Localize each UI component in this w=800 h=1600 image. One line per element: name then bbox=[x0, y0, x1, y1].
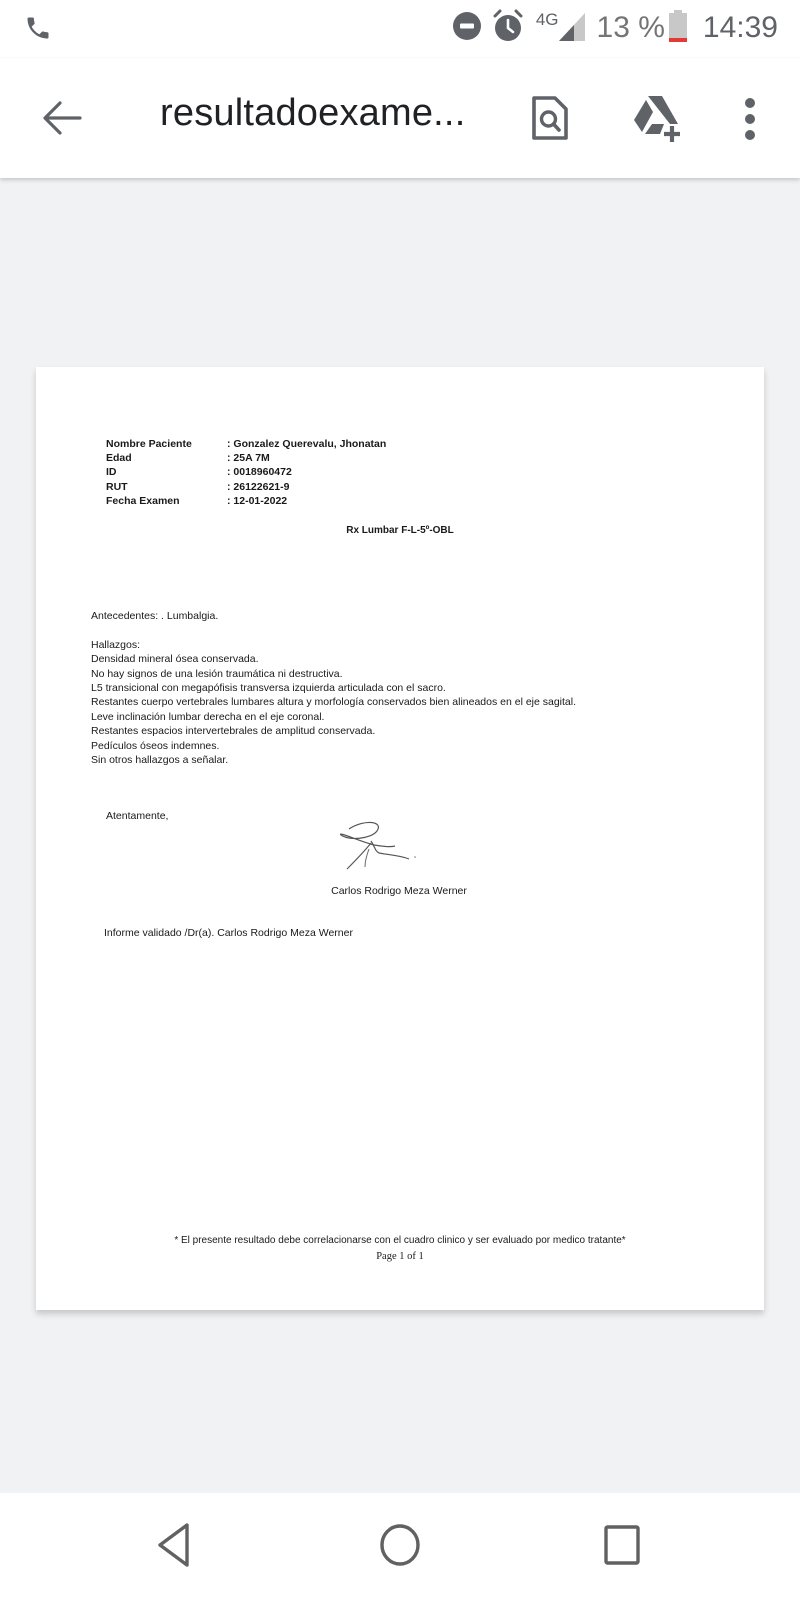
finding-line: Restantes espacios intervertebrales de a… bbox=[91, 724, 576, 738]
disclaimer: * El presente resultado debe correlacion… bbox=[36, 1235, 764, 1246]
patient-info-value: : 0018960472 bbox=[227, 465, 292, 479]
patient-info-label: ID bbox=[106, 465, 227, 479]
more-vert-icon bbox=[736, 129, 764, 146]
nav-back-icon bbox=[148, 1562, 208, 1579]
patient-info-row: Fecha Examen : 12-01-2022 bbox=[106, 494, 386, 508]
patient-info: Nombre Paciente : Gonzalez Querevalu, Jh… bbox=[106, 437, 386, 508]
spacer bbox=[91, 623, 576, 637]
phone-icon bbox=[24, 13, 52, 48]
patient-info-row: Edad : 25A 7M bbox=[106, 451, 386, 465]
patient-info-value: : Gonzalez Querevalu, Jhonatan bbox=[227, 437, 386, 451]
nav-home-icon bbox=[370, 1562, 430, 1579]
battery-icon bbox=[669, 10, 687, 47]
clock: 14:39 bbox=[703, 11, 778, 45]
page-count: Page 1 of 1 bbox=[36, 1251, 764, 1262]
nav-home-button[interactable] bbox=[370, 1515, 430, 1575]
signature-image bbox=[319, 819, 439, 879]
status-icons: 4G 13 % 14:39 bbox=[442, 8, 778, 48]
patient-info-label: RUT bbox=[106, 480, 227, 494]
hallazgos-heading: Hallazgos: bbox=[91, 638, 576, 652]
patient-info-value: : 26122621-9 bbox=[227, 480, 289, 494]
patient-info-label: Edad bbox=[106, 451, 227, 465]
patient-info-value: : 12-01-2022 bbox=[227, 494, 287, 508]
validated-by: Informe validado /Dr(a). Carlos Rodrigo … bbox=[104, 927, 353, 939]
finding-line: Leve inclinación lumbar derecha en el ej… bbox=[91, 710, 576, 724]
back-button[interactable] bbox=[40, 98, 84, 138]
add-to-drive-icon bbox=[630, 131, 686, 148]
battery-percent: 13 % bbox=[597, 11, 665, 45]
finding-line: Restantes cuerpo vertebrales lumbares al… bbox=[91, 695, 576, 709]
nav-back-button[interactable] bbox=[148, 1515, 208, 1575]
antecedentes: Antecedentes: . Lumbalgia. bbox=[91, 609, 576, 623]
find-in-page-button[interactable] bbox=[530, 94, 570, 142]
signer-name: Carlos Rodrigo Meza Werner bbox=[36, 885, 764, 897]
arrow-back-icon bbox=[40, 125, 84, 142]
closing: Atentamente, bbox=[106, 810, 168, 822]
patient-info-label: Fecha Examen bbox=[106, 494, 227, 508]
patient-info-row: Nombre Paciente : Gonzalez Querevalu, Jh… bbox=[106, 437, 386, 451]
report-body: Antecedentes: . Lumbalgia. Hallazgos: De… bbox=[91, 609, 576, 767]
do-not-disturb-icon bbox=[452, 11, 482, 46]
alarm-icon bbox=[492, 9, 524, 48]
patient-info-value: : 25A 7M bbox=[227, 451, 270, 465]
finding-line: No hay signos de una lesión traumática n… bbox=[91, 667, 576, 681]
document-title: resultadoexame... bbox=[160, 92, 465, 135]
exam-title: Rx Lumbar F-L-5º-OBL bbox=[36, 525, 764, 536]
finding-line: L5 transicional con megapófisis transver… bbox=[91, 681, 576, 695]
nav-recents-button[interactable] bbox=[592, 1515, 652, 1575]
finding-line: Sin otros hallazgos a señalar. bbox=[91, 753, 576, 767]
finding-line: Densidad mineral ósea conservada. bbox=[91, 652, 576, 666]
nav-recents-icon bbox=[592, 1562, 652, 1579]
pdf-page[interactable]: Nombre Paciente : Gonzalez Querevalu, Jh… bbox=[36, 367, 764, 1310]
signal-icon bbox=[559, 11, 585, 46]
network-type: 4G bbox=[536, 10, 559, 30]
status-bar: 4G 13 % 14:39 bbox=[0, 0, 800, 58]
more-options-button[interactable] bbox=[736, 96, 764, 142]
find-in-page-icon bbox=[530, 129, 570, 146]
navigation-bar bbox=[0, 1493, 800, 1600]
patient-info-row: ID : 0018960472 bbox=[106, 465, 386, 479]
add-to-drive-button[interactable] bbox=[630, 94, 686, 144]
signer-name-text: Carlos Rodrigo Meza Werner bbox=[331, 885, 467, 897]
patient-info-row: RUT : 26122621-9 bbox=[106, 480, 386, 494]
patient-info-label: Nombre Paciente bbox=[106, 437, 227, 451]
app-bar: resultadoexame... bbox=[0, 58, 800, 178]
finding-line: Pedículos óseos indemnes. bbox=[91, 739, 576, 753]
